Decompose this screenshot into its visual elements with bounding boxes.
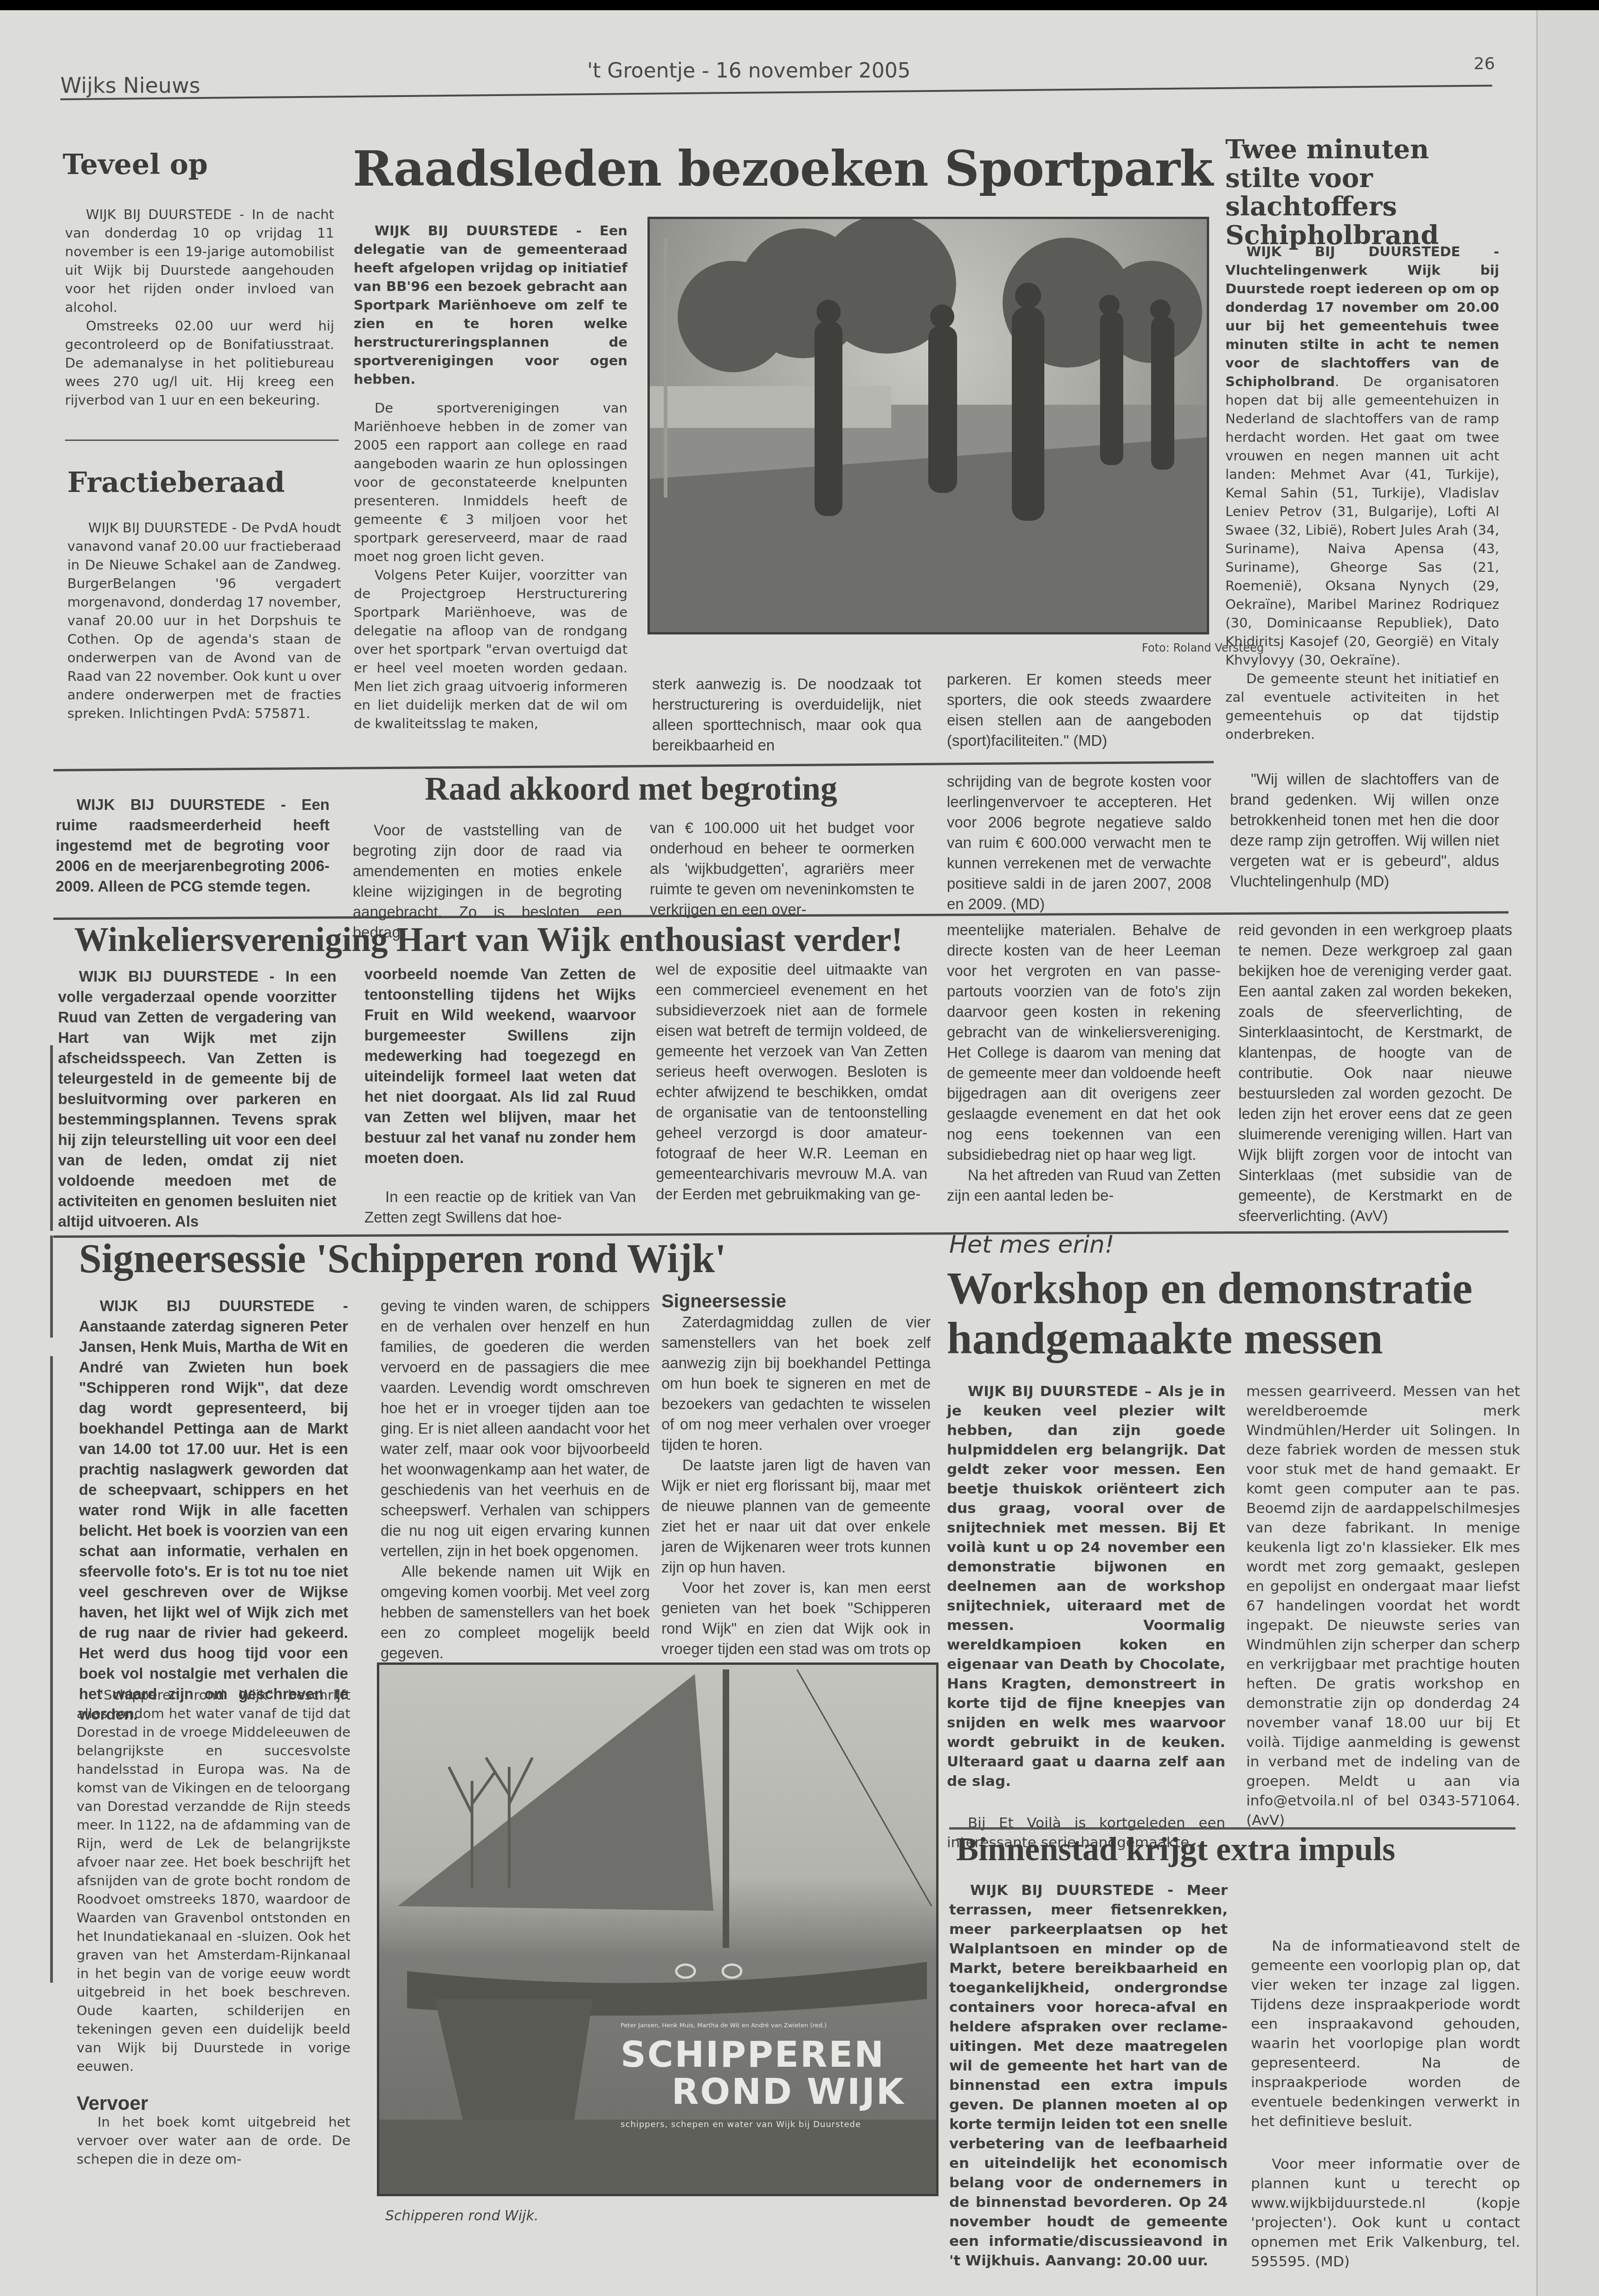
article-title-teveel-op: Teveel op [63, 149, 208, 180]
lead-text: WIJK BIJ DUURSTEDE - Vluchtelingenwerk W… [1225, 244, 1499, 389]
paragraph: Zaterdagmiddag zullen de vier samenstell… [661, 1312, 931, 1455]
paragraph: Alle bekende namen uit Wijk en omgeving … [381, 1561, 650, 1663]
paragraph: van € 100.000 uit het budget voor onderh… [650, 818, 914, 920]
lead-paragraph: WIJK BIJ DUURSTEDE – Als je in je keuken… [947, 1382, 1225, 1791]
paragraph: Na de informatieavond stelt de gemeente … [1251, 1936, 1520, 2131]
lead-paragraph: WIJK BIJ DUURSTEDE - Een ruime raadsmeer… [56, 795, 330, 897]
lead-paragraph: WIJK BIJ DUURSTEDE - Aanstaande zaterdag… [79, 1296, 348, 1725]
sailboat-illustration [379, 1665, 936, 2194]
divider [65, 440, 339, 441]
article-signeersessie-col3: Signeersessie Zaterdagmiddag zullen de v… [661, 1291, 931, 1680]
paragraph: sterk aanwezig is. De noodzaak tot herst… [652, 674, 921, 756]
header-rule [60, 84, 1492, 100]
page-fold [1536, 10, 1599, 2296]
paragraph: "Schipperen rond Wijk" beschrijft alles … [77, 1686, 350, 2076]
photo-caption: Schipperen rond Wijk. [385, 2208, 538, 2224]
paragraph: De laatste jaren ligt de haven van Wijk … [661, 1455, 931, 1578]
column-bar [50, 1356, 53, 1983]
article-title-fractieberaad: Fractieberaad [67, 467, 285, 498]
paragraph: De sportverenigingen van Mariënhoeve heb… [354, 399, 628, 566]
paragraph: In het boek komt uitgebreid het vervoer … [77, 2113, 350, 2168]
article-title-binnenstad: Binnenstad krijgt extra impuls [956, 1832, 1395, 1867]
paragraph: schrijding van de begrote kosten voor le… [947, 771, 1211, 914]
paragraph: WIJK BIJ DUURSTEDE - In de nacht van don… [65, 205, 334, 317]
article-kicker-messen: Het mes erin! [949, 1231, 1114, 1259]
article-signeersessie-col2: geving te vinden waren, de schippers en … [381, 1296, 650, 1663]
column-bar [50, 1235, 53, 1338]
book-subtitle: schippers, schepen en water van Wijk bij… [621, 2120, 861, 2129]
article-winkeliers-col3: wel de expositie deel uitmaakte van een … [656, 959, 927, 1204]
subheading-vervoer: Vervoer [77, 2094, 350, 2113]
people-walking-illustration [650, 219, 1207, 632]
paragraph: "Wij willen de slachtoffers van de brand… [1230, 769, 1499, 892]
article-begroting-lead: WIJK BIJ DUURSTEDE - Een ruime raadsmeer… [56, 795, 330, 897]
article-winkeliers-col4: meentelijke materialen. Behalve de direc… [947, 920, 1221, 1206]
book-authors: Peter Jansen, Henk Muis, Martha de Wit e… [621, 2022, 827, 2029]
paragraph: WIJK BIJ DUURSTEDE - In een volle vergad… [58, 966, 337, 1232]
publication-date: 't Groentje - 16 november 2005 [587, 59, 911, 83]
paragraph: Na het aftreden van Ruud van Zetten zijn… [947, 1165, 1221, 1206]
paragraph: messen gearriveerd. Messen van het werel… [1246, 1382, 1520, 1830]
paragraph: Volgens Peter Kuijer, voorzitter van de … [354, 566, 628, 733]
paragraph: parkeren. Er komen steeds meer sporters,… [947, 669, 1211, 751]
page-number: 26 [1474, 54, 1495, 73]
paragraph: WIJK BIJ DUURSTEDE - De PvdA houdt vanav… [67, 518, 341, 723]
paragraph: meentelijke materialen. Behalve de direc… [947, 920, 1221, 1165]
article-schipholbrand: WIJK BIJ DUURSTEDE - Vluchtelingenwerk W… [1225, 242, 1499, 744]
article-title-messen: Workshop en demonstratie handgemaakte me… [947, 1263, 1518, 1364]
article-title-sportpark: Raadsleden bezoeken Sportpark [353, 142, 1213, 195]
article-title-winkeliers: Winkeliersvereniging Hart van Wijk entho… [74, 922, 903, 958]
photo-sportpark [647, 217, 1209, 634]
article-sportpark-col3: parkeren. Er komen steeds meer sporters,… [947, 669, 1211, 751]
article-winkeliers-col5: reid gevonden in een werkgroep plaats te… [1238, 920, 1512, 1226]
article-messen-col1: WIJK BIJ DUURSTEDE – Als je in je keuken… [947, 1382, 1225, 1852]
paragraph: geving te vinden waren, de schippers en … [381, 1296, 650, 1561]
photo-book-cover: Peter Jansen, Henk Muis, Martha de Wit e… [377, 1662, 939, 2196]
newspaper-page: Wijks Nieuws 't Groentje - 16 november 2… [0, 10, 1536, 2296]
article-teveel-op: WIJK BIJ DUURSTEDE - In de nacht van don… [65, 205, 334, 409]
divider [949, 1827, 1515, 1830]
article-begroting-col2: van € 100.000 uit het budget voor onderh… [650, 818, 914, 920]
book-title-line2: ROND WIJK [621, 2073, 905, 2110]
subheading-signeersessie: Signeersessie [661, 1291, 931, 1312]
article-signeersessie-col1-body: "Schipperen rond Wijk" beschrijft alles … [77, 1686, 350, 2168]
section-name: Wijks Nieuws [60, 73, 201, 98]
paragraph: voorbeeld noemde Van Zetten de tentoonst… [364, 964, 636, 1168]
paragraph: In een reactie op de kritiek van Van Zet… [364, 1187, 636, 1228]
article-winkeliers-col2: voorbeeld noemde Van Zetten de tentoonst… [364, 964, 636, 1228]
article-messen-col2: messen gearriveerd. Messen van het werel… [1246, 1382, 1520, 1830]
paragraph: De gemeente steunt het initiatief en zal… [1225, 669, 1499, 744]
article-sportpark-col1: WIJK BIJ DUURSTEDE - Een delegatie van d… [354, 221, 628, 733]
column-bar [50, 1045, 53, 1231]
paragraph: Omstreeks 02.00 uur werd hij gecontrolee… [65, 317, 334, 409]
book-title-line1: SCHIPPEREN [621, 2036, 905, 2073]
book-title: SCHIPPEREN ROND WIJK [621, 2036, 905, 2110]
article-schipholbrand-quote: "Wij willen de slachtoffers van de brand… [1230, 769, 1499, 892]
article-binnenstad-col2: Na de informatieavond stelt de gemeente … [1251, 1936, 1520, 2271]
article-sportpark-col2: sterk aanwezig is. De noodzaak tot herst… [652, 674, 921, 756]
paragraph: reid gevonden in een werkgroep plaats te… [1238, 920, 1512, 1226]
article-begroting-col3: schrijding van de begrote kosten voor le… [947, 771, 1211, 914]
article-title-schipholbrand: Twee minuten stilte voor slachtoffers Sc… [1225, 136, 1504, 250]
article-signeersessie-lead: WIJK BIJ DUURSTEDE - Aanstaande zaterdag… [79, 1296, 348, 1725]
article-fractieberaad: WIJK BIJ DUURSTEDE - De PvdA houdt vanav… [67, 518, 341, 723]
paragraph: wel de expositie deel uitmaakte van een … [656, 959, 927, 1204]
article-binnenstad-col1: WIJK BIJ DUURSTEDE - Meer terrassen, mee… [949, 1881, 1228, 2270]
article-winkeliers-col1: WIJK BIJ DUURSTEDE - In een volle vergad… [58, 966, 337, 1232]
paragraph: Voor meer informatie over de plannen kun… [1251, 2154, 1520, 2271]
lead-paragraph: WIJK BIJ DUURSTEDE - Meer terrassen, mee… [949, 1881, 1228, 2270]
lead-paragraph: WIJK BIJ DUURSTEDE - Een delegatie van d… [354, 221, 628, 388]
article-title-begroting: Raad akkoord met begroting [425, 771, 837, 807]
body-text: . De organisatoren hopen dat bij alle ge… [1225, 374, 1499, 668]
article-title-signeersessie: Signeersessie 'Schipperen rond Wijk' [79, 1238, 726, 1281]
